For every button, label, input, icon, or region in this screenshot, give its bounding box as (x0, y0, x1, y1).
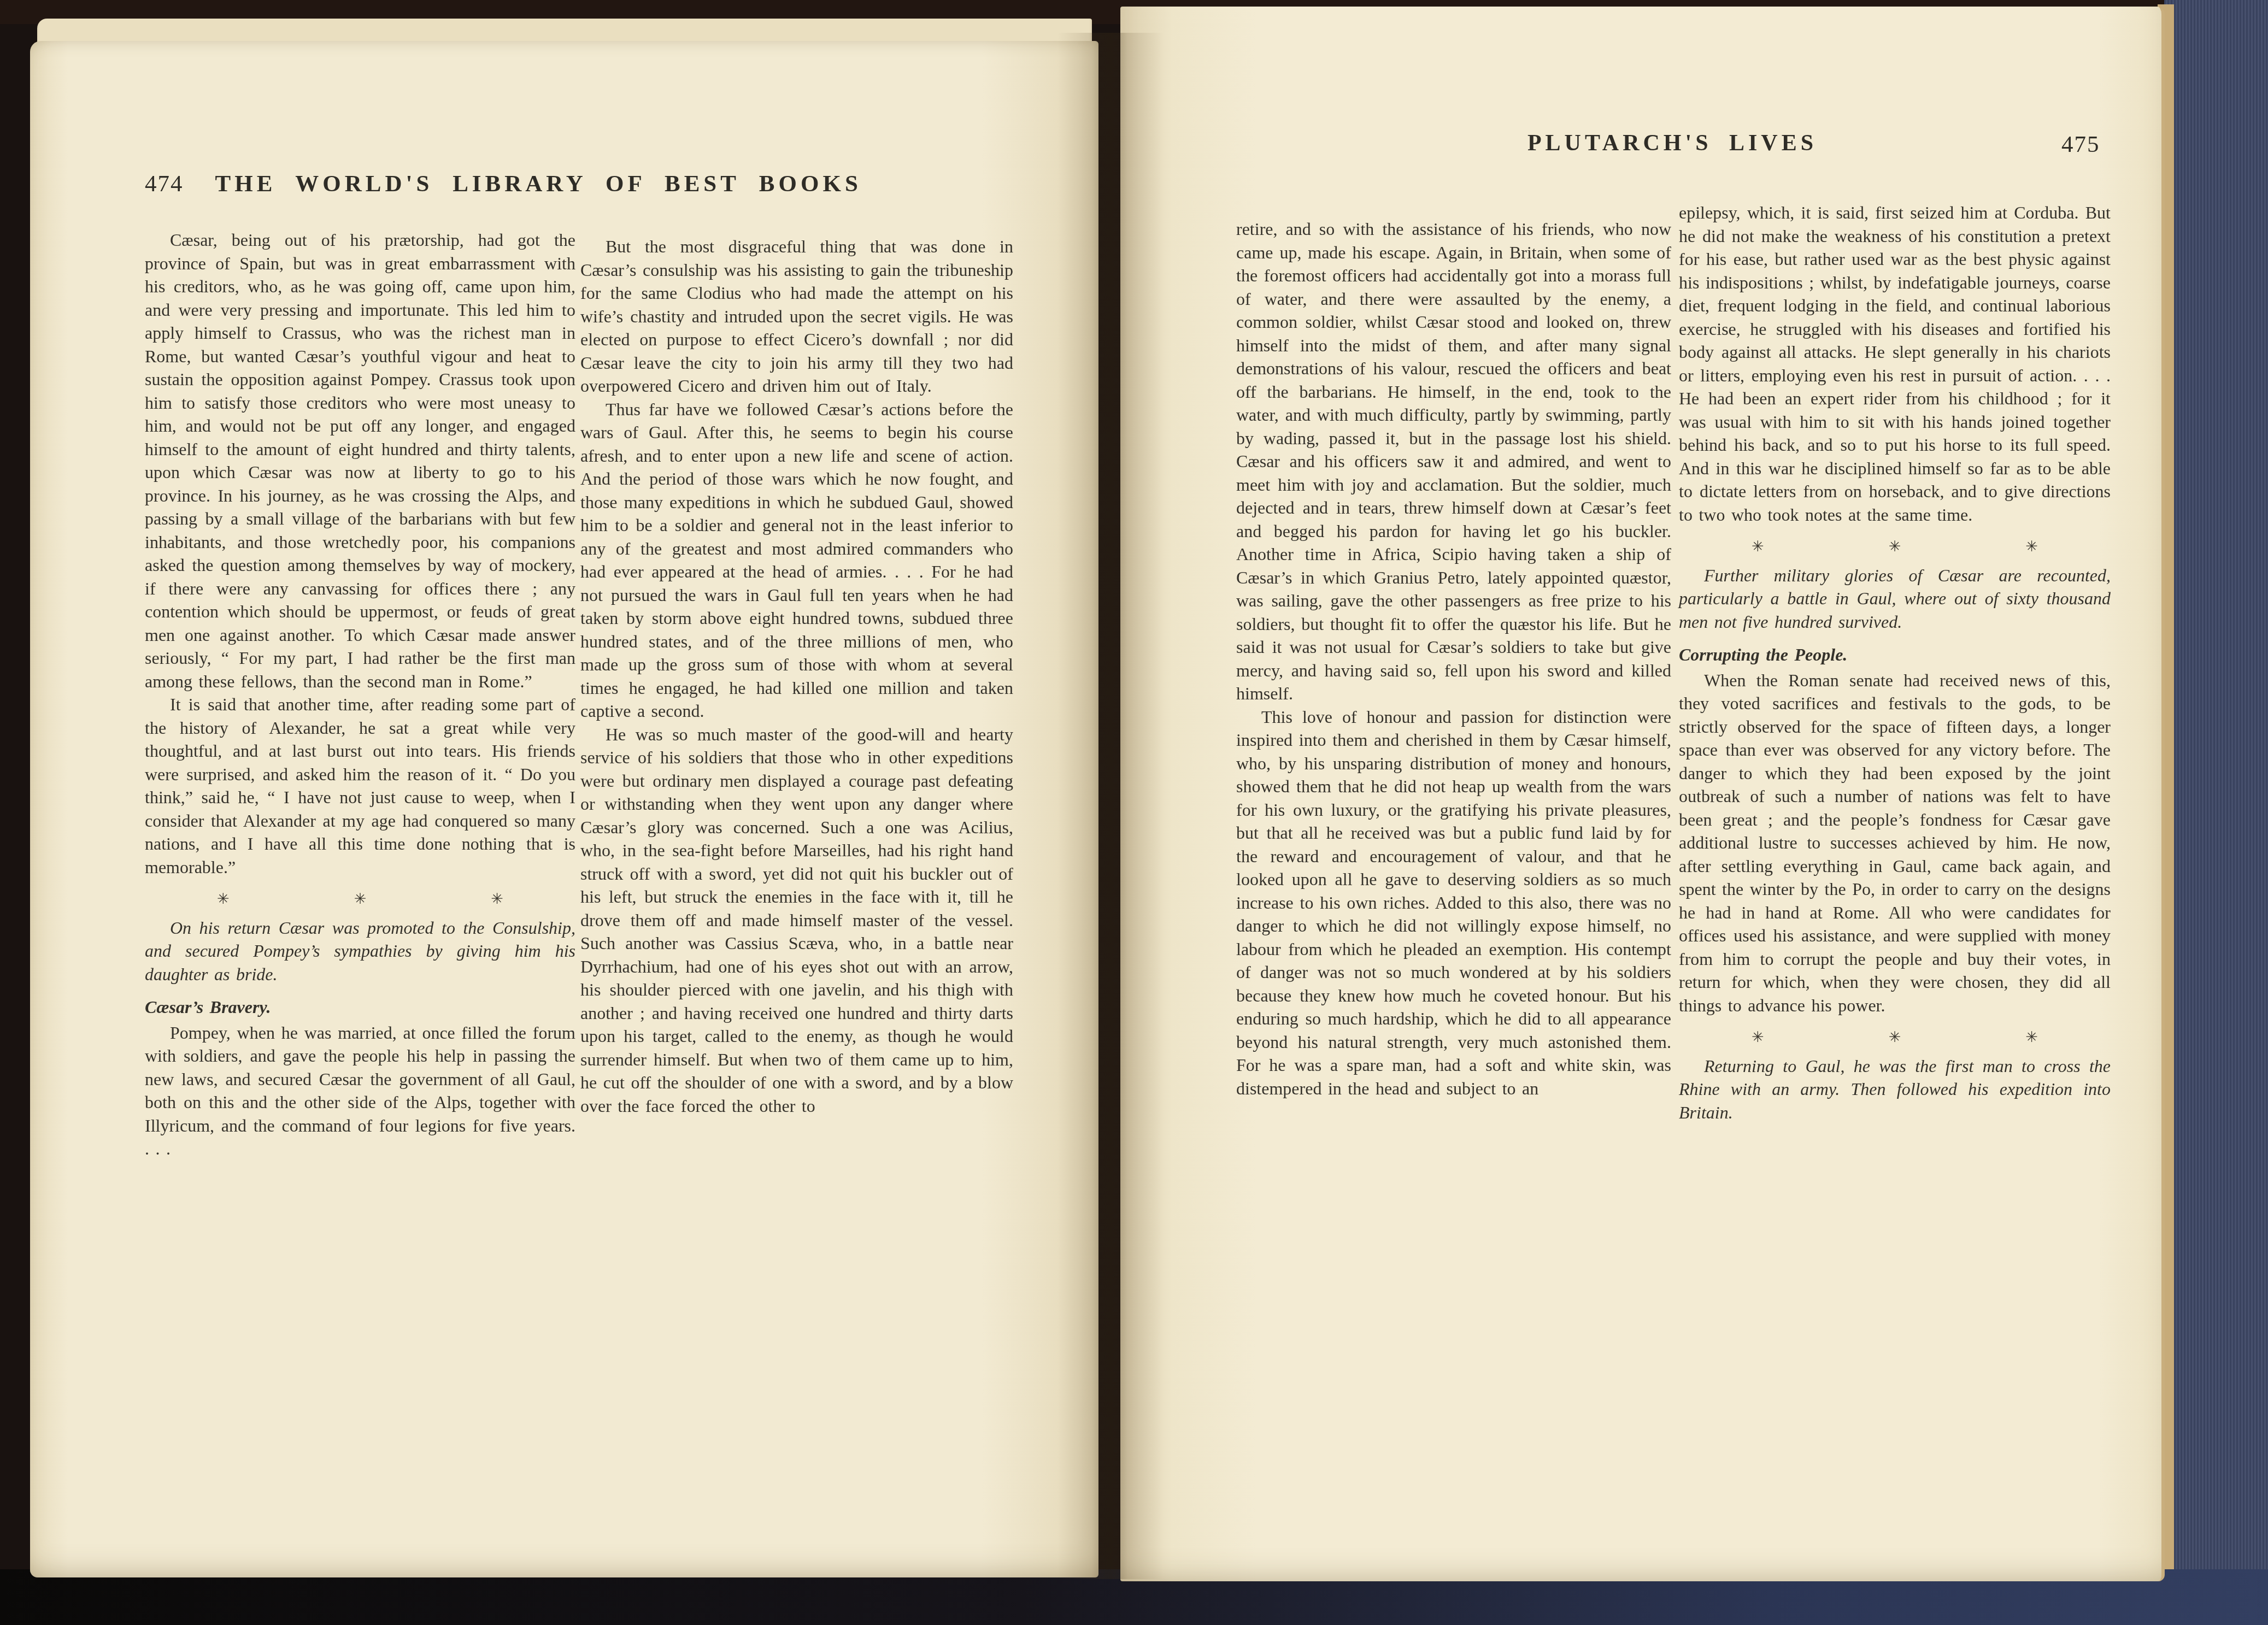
editorial-note: Further military glories of Cæsar are re… (1679, 564, 2111, 634)
editorial-note: On his return Cæsar was promoted to the … (145, 916, 575, 986)
left-page-number: 474 (145, 170, 184, 197)
left-running-head: 474 THE WORLD'S LIBRARY OF BEST BOOKS (145, 170, 862, 197)
right-page-number: 475 (2061, 131, 2100, 158)
paragraph: Thus far have we followed Cæsar’s action… (580, 398, 1013, 723)
paragraph: Pompey, when he was married, at once fil… (145, 1021, 575, 1161)
star-icon: ✳ (2025, 535, 2038, 558)
paragraph: This love of honour and passion for dist… (1236, 705, 1671, 1100)
paragraph: It is said that another time, after read… (145, 693, 575, 879)
star-icon: ✳ (1889, 1026, 1901, 1049)
left-page-column-1: Cæsar, being out of his prætorship, had … (145, 228, 575, 1161)
right-running-head-title: PLUTARCH'S LIVES (1432, 130, 1913, 156)
left-header-title: THE WORLD'S LIBRARY OF BEST BOOKS (215, 170, 862, 197)
star-icon: ✳ (217, 887, 230, 911)
section-separator: ✳ ✳ ✳ (1679, 535, 2111, 558)
book-photo: { "colors": { "paper": "#f2ead2", "ink":… (0, 0, 2268, 1625)
star-icon: ✳ (1752, 535, 1764, 558)
editorial-note: Returning to Gaul, he was the first man … (1679, 1055, 2111, 1124)
left-page-column-2: But the most disgraceful thing that was … (580, 235, 1013, 1117)
star-icon: ✳ (491, 887, 503, 911)
paragraph: But the most disgraceful thing that was … (580, 235, 1013, 398)
right-page-column-2: epilepsy, which, it is said, first seize… (1679, 201, 2111, 1125)
star-icon: ✳ (2025, 1026, 2038, 1049)
star-icon: ✳ (354, 887, 367, 911)
paragraph: Cæsar, being out of his prætorship, had … (145, 228, 575, 693)
section-heading: Corrupting the People. (1679, 643, 2111, 667)
right-page-column-1: retire, and so with the assistance of hi… (1236, 217, 1671, 1100)
paragraph: When the Roman senate had received news … (1679, 669, 2111, 1017)
section-heading: Cæsar’s Bravery. (145, 996, 575, 1019)
star-icon: ✳ (1889, 535, 1901, 558)
section-separator: ✳ ✳ ✳ (145, 887, 575, 911)
paragraph: retire, and so with the assistance of hi… (1236, 217, 1671, 705)
star-icon: ✳ (1752, 1026, 1764, 1049)
paragraph: He was so much master of the good-will a… (580, 723, 1013, 1118)
paragraph: epilepsy, which, it is said, first seize… (1679, 201, 2111, 526)
section-separator: ✳ ✳ ✳ (1679, 1026, 2111, 1049)
